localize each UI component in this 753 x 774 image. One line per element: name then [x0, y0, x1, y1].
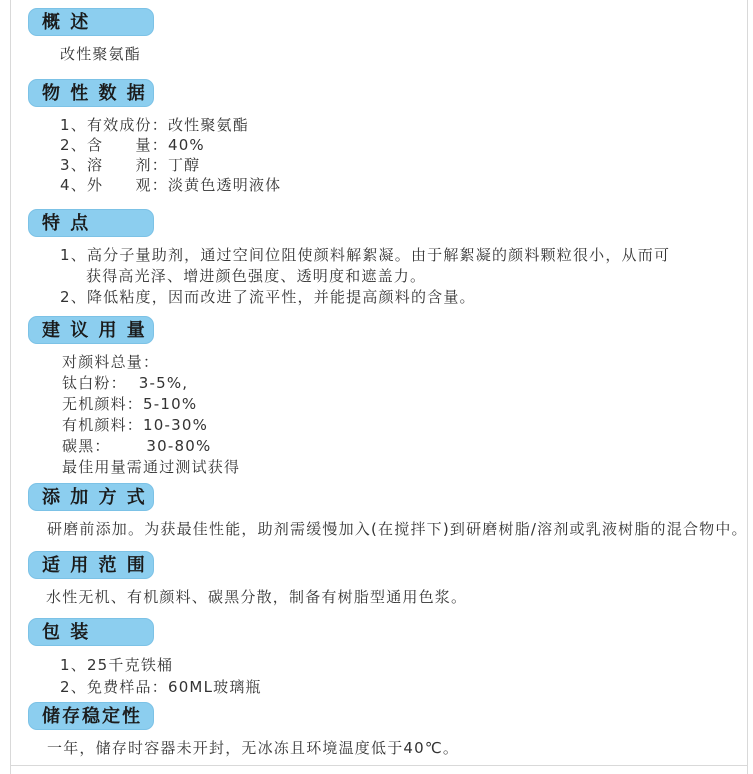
text-line: 无机颜料：5-10% [62, 394, 753, 415]
text-line: 1、高分子量助剂，通过空间位阻使颜料解絮凝。由于解絮凝的颜料颗粒很小，从而可 [60, 245, 753, 266]
section-badge-physical-data: 物 性 数 据 [28, 79, 154, 107]
section-content: 研磨前添加。为获最佳性能，助剂需缓慢加入(在搅拌下)到研磨树脂/溶剂或乳液树脂的… [28, 519, 753, 540]
text-line: 1、有效成份：改性聚氨酯 [60, 115, 753, 135]
section-addition-method: 添 加 方 式 研磨前添加。为获最佳性能，助剂需缓慢加入(在搅拌下)到研磨树脂/… [28, 483, 753, 540]
section-storage-stability: 储存稳定性 一年，储存时容器未开封，无冰冻且环境温度低于40℃。 [28, 702, 753, 759]
section-application-scope: 适 用 范 围 水性无机、有机颜料、碳黑分散，制备有树脂型通用色浆。 [28, 551, 753, 608]
section-badge-application-scope: 适 用 范 围 [28, 551, 154, 579]
section-badge-features: 特 点 [28, 209, 154, 237]
text-line: 最佳用量需通过测试获得 [62, 457, 753, 478]
section-recommended-dosage: 建 议 用 量 对颜料总量： 钛白粉： 3-5%, 无机颜料：5-10% 有机颜… [28, 316, 753, 478]
text-line: 碳黑： 30-80% [62, 436, 753, 457]
section-badge-packaging: 包 装 [28, 618, 154, 646]
text-line: 研磨前添加。为获最佳性能，助剂需缓慢加入(在搅拌下)到研磨树脂/溶剂或乳液树脂的… [47, 519, 753, 540]
section-content: 对颜料总量： 钛白粉： 3-5%, 无机颜料：5-10% 有机颜料：10-30%… [28, 352, 753, 478]
section-packaging: 包 装 1、25千克铁桶 2、免费样品：60ML玻璃瓶 [28, 618, 753, 698]
text-line: 有机颜料：10-30% [62, 415, 753, 436]
text-line: 3、溶 剂：丁醇 [60, 155, 753, 175]
text-line: 2、降低粘度，因而改进了流平性，并能提高颜料的含量。 [60, 287, 753, 308]
text-line: 1、25千克铁桶 [60, 654, 753, 676]
section-features: 特 点 1、高分子量助剂，通过空间位阻使颜料解絮凝。由于解絮凝的颜料颗粒很小，从… [28, 209, 753, 308]
product-datasheet: 概 述 改性聚氨酯 物 性 数 据 1、有效成份：改性聚氨酯 2、含 量：40%… [0, 0, 753, 774]
frame-bottom-line [10, 765, 748, 766]
text-line: 4、外 观：淡黄色透明液体 [60, 175, 753, 195]
section-content: 一年，储存时容器未开封，无冰冻且环境温度低于40℃。 [28, 738, 753, 759]
text-line: 水性无机、有机颜料、碳黑分散，制备有树脂型通用色浆。 [46, 587, 753, 608]
section-content: 1、有效成份：改性聚氨酯 2、含 量：40% 3、溶 剂：丁醇 4、外 观：淡黄… [28, 115, 753, 195]
section-physical-data: 物 性 数 据 1、有效成份：改性聚氨酯 2、含 量：40% 3、溶 剂：丁醇 … [28, 79, 753, 195]
text-line: 钛白粉： 3-5%, [62, 373, 753, 394]
section-badge-storage-stability: 储存稳定性 [28, 702, 154, 730]
section-content: 改性聚氨酯 [28, 44, 753, 65]
section-content: 水性无机、有机颜料、碳黑分散，制备有树脂型通用色浆。 [28, 587, 753, 608]
section-content: 1、25千克铁桶 2、免费样品：60ML玻璃瓶 [28, 654, 753, 698]
text-line: 2、免费样品：60ML玻璃瓶 [60, 676, 753, 698]
section-badge-overview: 概 述 [28, 8, 154, 36]
section-content: 1、高分子量助剂，通过空间位阻使颜料解絮凝。由于解絮凝的颜料颗粒很小，从而可 获… [28, 245, 753, 308]
text-line: 一年，储存时容器未开封，无冰冻且环境温度低于40℃。 [47, 738, 753, 759]
frame-left-line [10, 0, 11, 774]
text-line: 2、含 量：40% [60, 135, 753, 155]
section-overview: 概 述 改性聚氨酯 [28, 8, 753, 65]
text-line: 改性聚氨酯 [60, 44, 753, 65]
text-line: 获得高光泽、增进颜色强度、透明度和遮盖力。 [60, 266, 753, 287]
section-badge-addition-method: 添 加 方 式 [28, 483, 154, 511]
section-badge-recommended-dosage: 建 议 用 量 [28, 316, 154, 344]
frame-right-line [747, 0, 748, 774]
text-line: 对颜料总量： [62, 352, 753, 373]
